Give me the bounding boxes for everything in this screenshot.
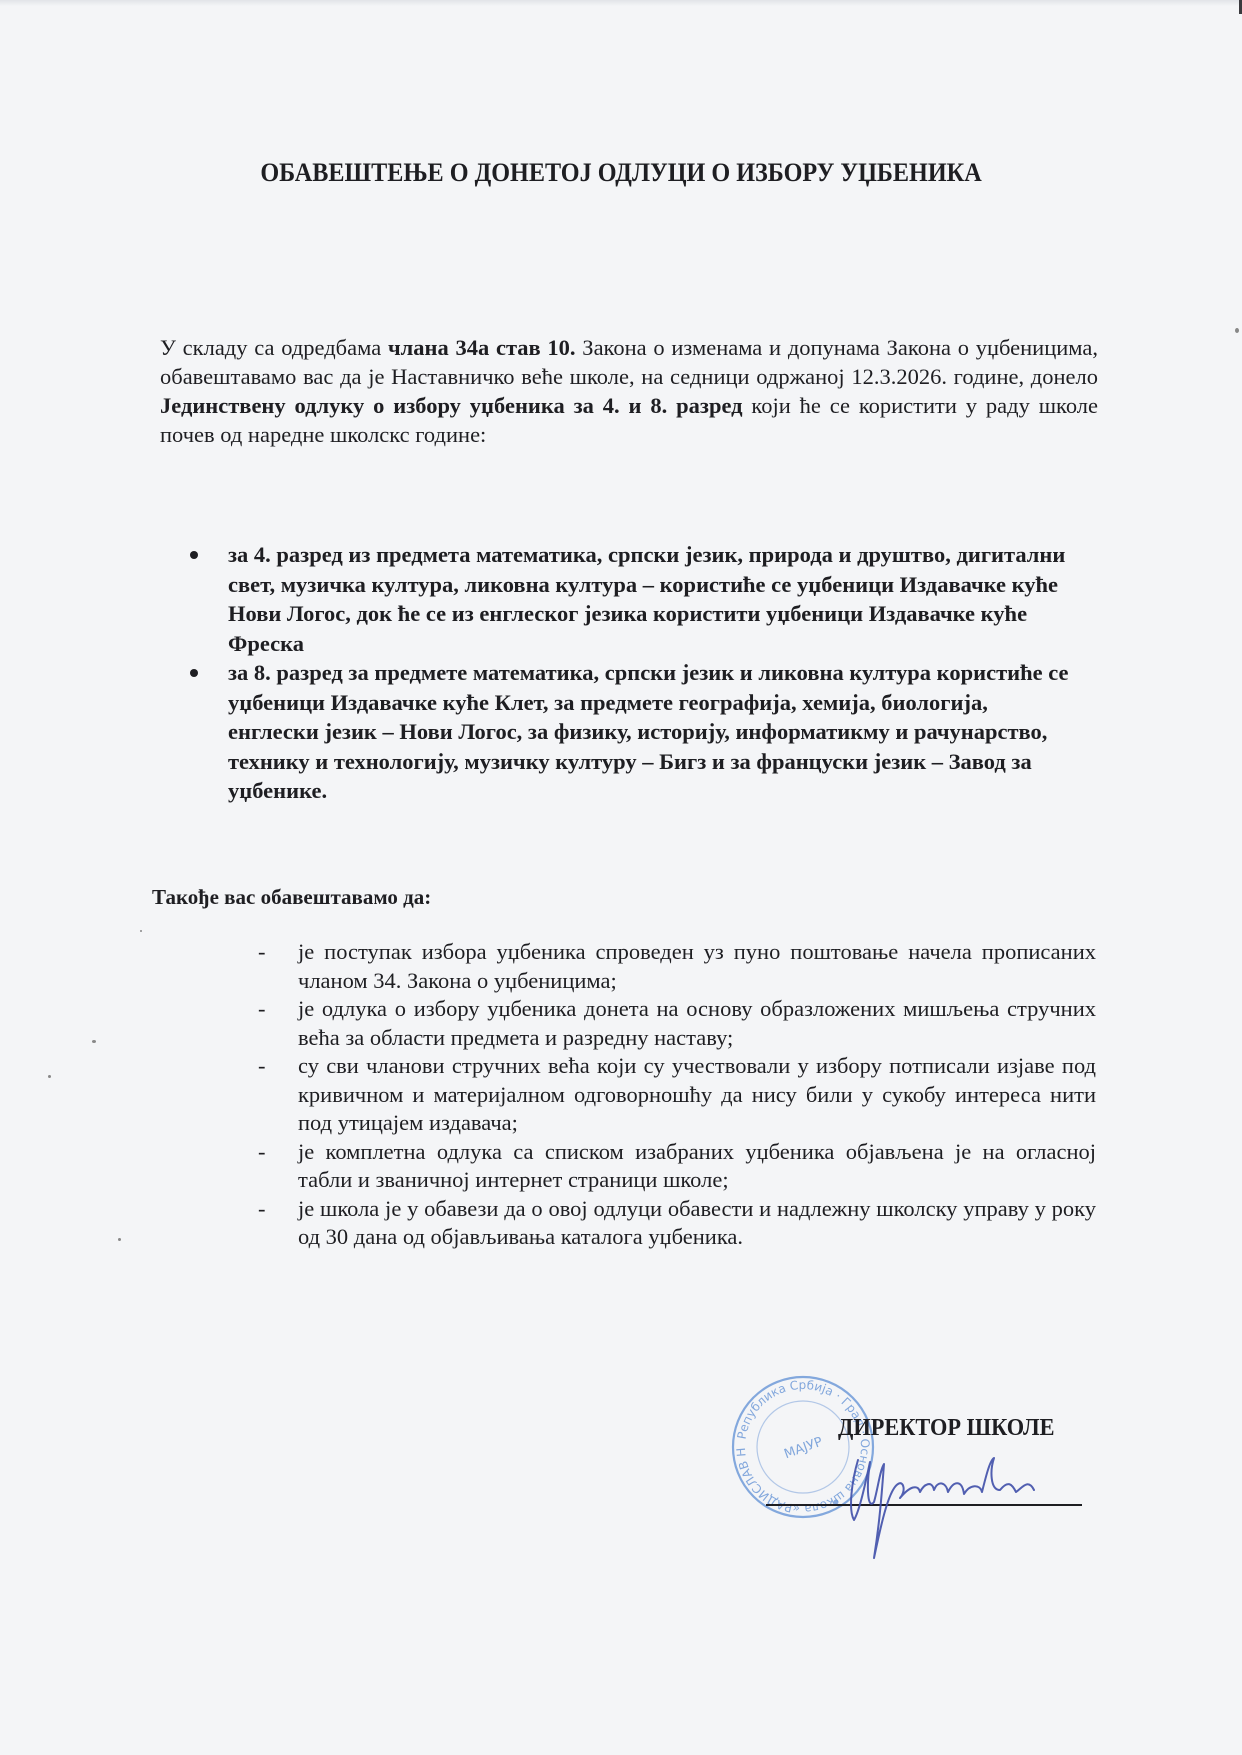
director-title: ДИРЕКТОР ШКОЛЕ: [838, 1415, 1055, 1442]
list-item-text: је школа је у обавези да о овој одлуци о…: [298, 1196, 1096, 1250]
bullet-icon: [190, 669, 198, 677]
intro-law-reference: члана 34а став 10.: [388, 335, 576, 360]
list-item-text: је комплетна одлука са списком изабраних…: [298, 1139, 1096, 1193]
notice-list: -је поступак избора уџбеника спроведен у…: [258, 938, 1096, 1252]
scan-speck: [48, 1075, 51, 1078]
scan-speck: [118, 1238, 121, 1241]
intro-text-1: У складу са одредбама: [160, 335, 388, 360]
dash-marker: -: [258, 938, 266, 967]
list-item-grade-8: за 8. разред за предмете математика, срп…: [190, 658, 1070, 806]
list-item: -су сви чланови стручних већа који су уч…: [258, 1052, 1096, 1138]
signature-icon: [840, 1440, 1050, 1560]
list-item-text: је одлука о избору уџбеника донета на ос…: [298, 996, 1096, 1050]
scan-speck: [92, 1040, 96, 1043]
document-title: ОБАВЕШТЕЊЕ О ДОНЕТОЈ ОДЛУЦИ О ИЗБОРУ УЏБ…: [43, 158, 1198, 188]
scan-speck: [140, 930, 142, 932]
list-item: -је поступак избора уџбеника спроведен у…: [258, 938, 1096, 995]
bullet-icon: [190, 551, 198, 559]
list-item-text: за 4. разред из предмета математика, срп…: [228, 542, 1065, 656]
also-heading: Такође вас обавештавамо да:: [152, 885, 431, 910]
dash-marker: -: [258, 1138, 266, 1167]
svg-text:МАЈУР: МАЈУР: [782, 1435, 825, 1463]
dash-marker: -: [258, 1052, 266, 1081]
scan-edge-top: [0, 0, 1242, 6]
list-item: -је одлука о избору уџбеника донета на о…: [258, 995, 1096, 1052]
scan-speck: [1235, 328, 1239, 333]
intro-paragraph: У складу са одредбама члана 34а став 10.…: [160, 333, 1098, 449]
dash-marker: -: [258, 1195, 266, 1224]
dash-marker: -: [258, 995, 266, 1024]
list-item-text: су сви чланови стручних већа који су уче…: [298, 1053, 1096, 1135]
intro-decision: Јединствену одлуку о избору уџбеника за …: [160, 393, 743, 418]
list-item-text: је поступак избора уџбеника спроведен уз…: [298, 939, 1096, 993]
list-item-text: за 8. разред за предмете математика, срп…: [228, 660, 1068, 803]
list-item: -је школа је у обавези да о овој одлуци …: [258, 1195, 1096, 1252]
list-item-grade-4: за 4. разред из предмета математика, срп…: [190, 540, 1070, 658]
list-item: -је комплетна одлука са списком изабрани…: [258, 1138, 1096, 1195]
grade-decisions-list: за 4. разред из предмета математика, срп…: [190, 540, 1070, 806]
